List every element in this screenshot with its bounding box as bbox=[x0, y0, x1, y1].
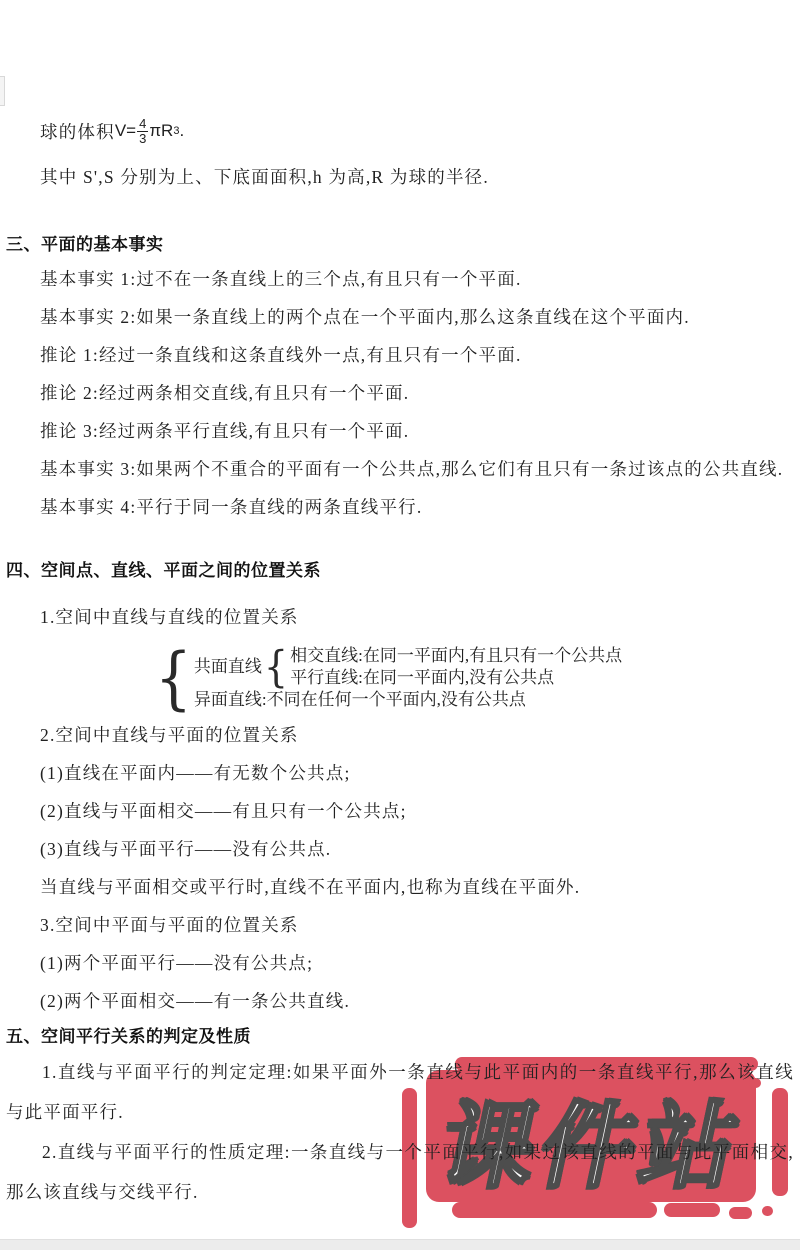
basic-fact-1: 基本事实 1:过不在一条直线上的三个点,有且只有一个平面. bbox=[6, 260, 794, 298]
subsection-4-3: 3.空间中平面与平面的位置关系 bbox=[6, 906, 794, 944]
fraction-denominator: 3 bbox=[139, 132, 146, 146]
parallel-property-theorem-line2: 那么该直线与交线平行. bbox=[6, 1172, 794, 1212]
intersecting-lines-item: 相交直线:在同一平面内,有且只有一个公共点 bbox=[290, 645, 622, 667]
formula-v-equals: V= bbox=[115, 121, 136, 141]
formula-note-line: 其中 S',S 分别为上、下底面面积,h 为高,R 为球的半径. bbox=[6, 158, 794, 196]
document-page: 球的体积 V= 4 3 πR 3 . 其中 S',S 分别为上、下底面面积,h … bbox=[0, 0, 800, 1250]
subsection-4-1: 1.空间中直线与直线的位置关系 bbox=[6, 598, 794, 636]
inner-brace: { bbox=[264, 642, 288, 691]
sphere-volume-formula: 球的体积 V= 4 3 πR 3 . bbox=[40, 110, 794, 152]
section-4-heading: 四、空间点、直线、平面之间的位置关系 bbox=[6, 556, 794, 586]
page-edge-tick bbox=[0, 76, 5, 106]
formula-prefix: 球的体积 bbox=[40, 119, 115, 144]
plane-plane-case-2: (2)两个平面相交——有一条公共直线. bbox=[6, 982, 794, 1020]
formula-pi-r: πR bbox=[149, 121, 173, 141]
parallel-property-theorem-line1: 2.直线与平面平行的性质定理:一条直线与一个平面平行,如果过该直线的平面与此平面… bbox=[6, 1132, 794, 1172]
basic-fact-3: 基本事实 3:如果两个不重合的平面有一个公共点,那么它们有且只有一条过该点的公共… bbox=[6, 450, 794, 488]
skew-lines-item: 异面直线:不同在任何一个平面内,没有公共点 bbox=[194, 689, 622, 711]
section-3-heading: 三、平面的基本事实 bbox=[6, 230, 794, 260]
bottom-bar bbox=[0, 1239, 800, 1250]
formula-period: . bbox=[179, 121, 184, 141]
line-plane-case-2: (2)直线与平面相交——有且只有一个公共点; bbox=[6, 792, 794, 830]
line-plane-case-1: (1)直线在平面内——有无数个公共点; bbox=[6, 754, 794, 792]
subsection-4-2: 2.空间中直线与平面的位置关系 bbox=[6, 716, 794, 754]
corollary-3: 推论 3:经过两条平行直线,有且只有一个平面. bbox=[6, 412, 794, 450]
line-plane-case-3: (3)直线与平面平行——没有公共点. bbox=[6, 830, 794, 868]
line-relations-brace-diagram: { 共面直线 { 相交直线:在同一平面内,有且只有一个公共点 平行直线:在同一平… bbox=[155, 644, 794, 712]
line-outside-plane-note: 当直线与平面相交或平行时,直线不在平面内,也称为直线在平面外. bbox=[6, 868, 794, 906]
fraction-numerator: 4 bbox=[137, 117, 148, 132]
outer-brace: { bbox=[155, 638, 192, 718]
basic-fact-2: 基本事实 2:如果一条直线上的两个点在一个平面内,那么这条直线在这个平面内. bbox=[6, 298, 794, 336]
fraction-four-thirds: 4 3 bbox=[137, 117, 148, 145]
basic-fact-4: 基本事实 4:平行于同一条直线的两条直线平行. bbox=[6, 488, 794, 526]
coplanar-lines-label: 共面直线 bbox=[194, 656, 262, 678]
corollary-1: 推论 1:经过一条直线和这条直线外一点,有且只有一个平面. bbox=[6, 336, 794, 374]
parallel-lines-item: 平行直线:在同一平面内,没有公共点 bbox=[290, 667, 622, 689]
parallel-judgment-theorem-line1: 1.直线与平面平行的判定定理:如果平面外一条直线与此平面内的一条直线平行,那么该… bbox=[6, 1052, 794, 1092]
plane-plane-case-1: (1)两个平面平行——没有公共点; bbox=[6, 944, 794, 982]
section-5-heading: 五、空间平行关系的判定及性质 bbox=[6, 1022, 794, 1052]
parallel-judgment-theorem-line2: 与此平面平行. bbox=[6, 1092, 794, 1132]
corollary-2: 推论 2:经过两条相交直线,有且只有一个平面. bbox=[6, 374, 794, 412]
